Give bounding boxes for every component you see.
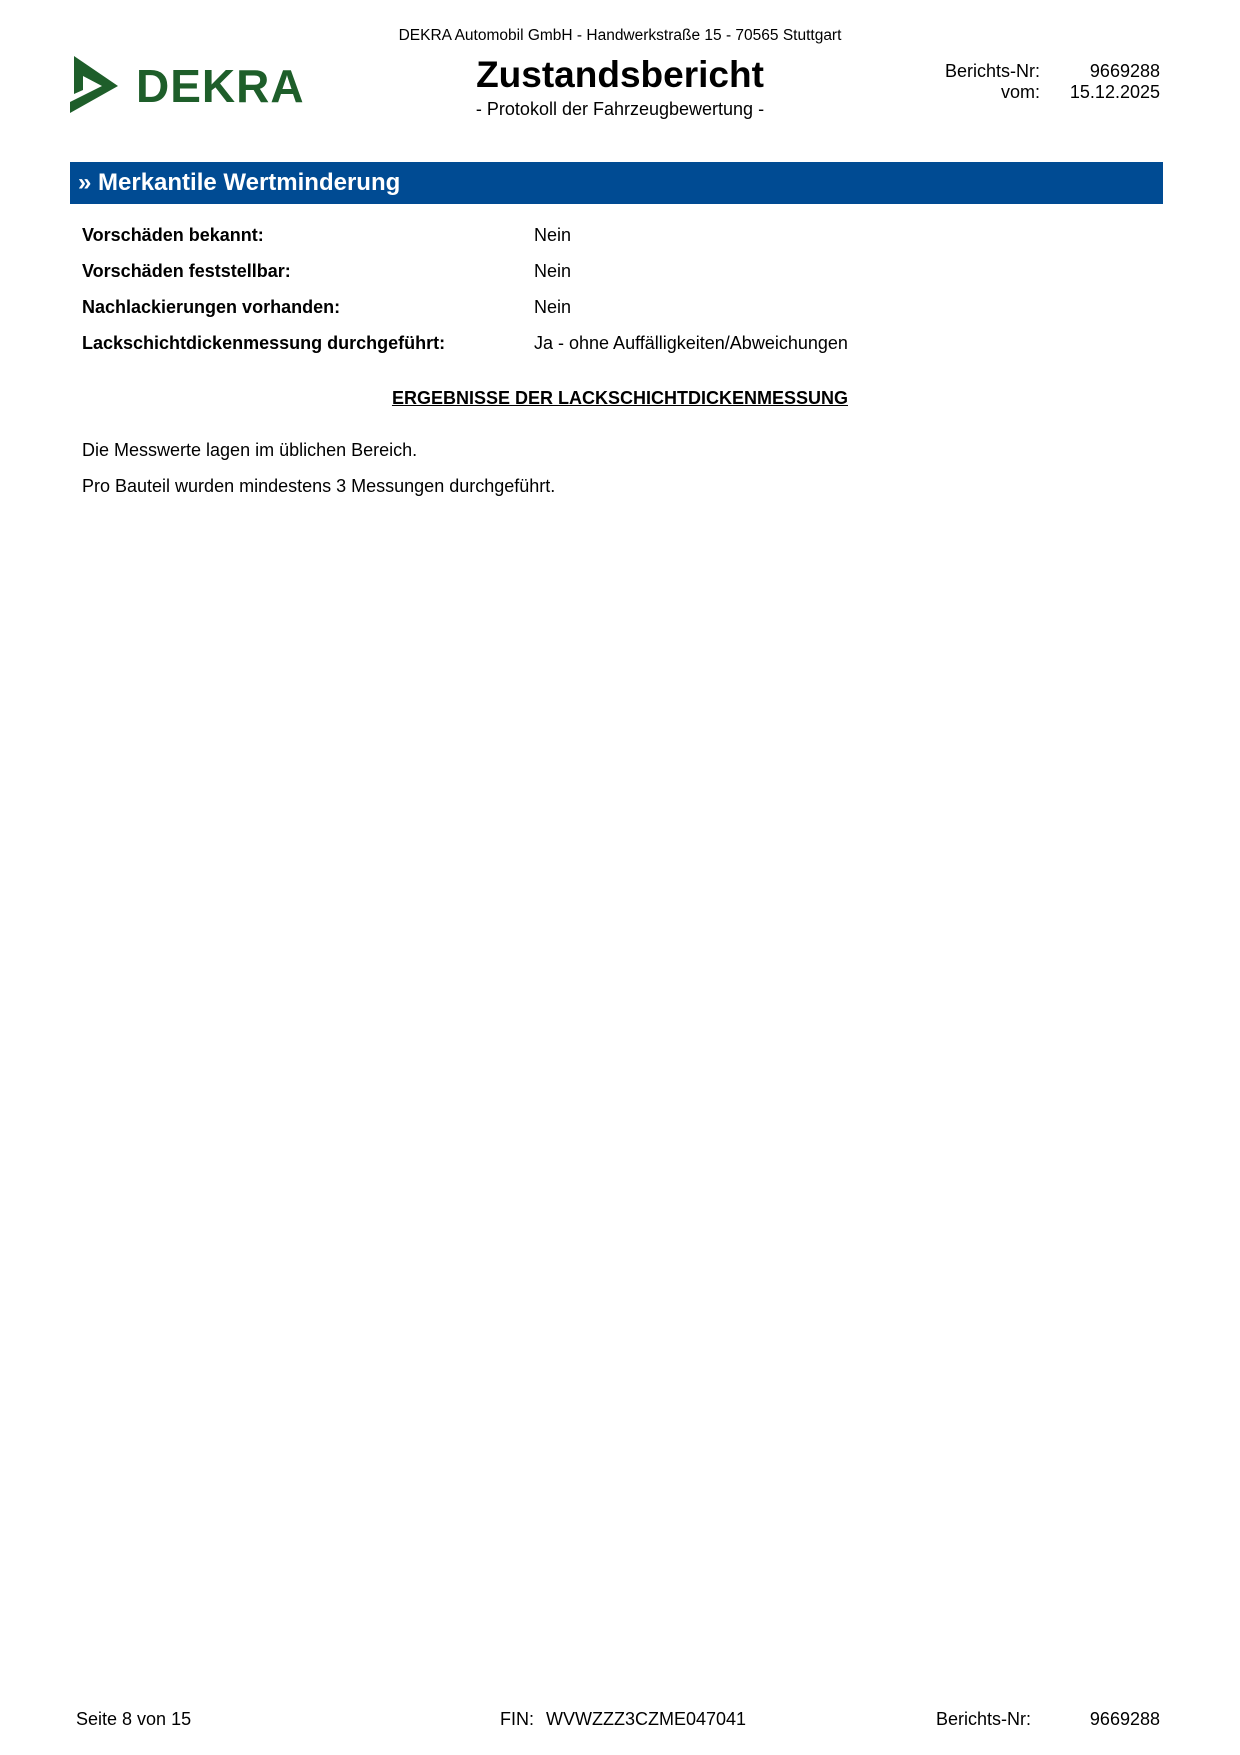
field-value: Ja - ohne Auffälligkeiten/Abweichungen xyxy=(534,332,1142,368)
field-row: Lackschichtdickenmessung durchgeführt: J… xyxy=(82,332,1142,368)
field-label: Nachlackierungen vorhanden: xyxy=(82,296,534,332)
results-heading-text: ERGEBNISSE DER LACKSCHICHTDICKENMESSUNG xyxy=(392,388,848,408)
field-value: Nein xyxy=(534,296,1142,332)
field-label: Vorschäden bekannt: xyxy=(82,224,534,260)
field-value: Nein xyxy=(534,260,1142,296)
report-date-label: vom: xyxy=(930,82,1040,103)
field-row: Nachlackierungen vorhanden: Nein xyxy=(82,296,1142,332)
field-list: Vorschäden bekannt: Nein Vorschäden fest… xyxy=(82,224,1142,368)
fin-value: WVWZZZ3CZME047041 xyxy=(546,1709,746,1729)
report-date: 15.12.2025 xyxy=(1040,82,1160,103)
results-paragraph: Die Messwerte lagen im üblichen Bereich. xyxy=(82,440,417,461)
section-header: » Merkantile Wertminderung xyxy=(70,162,1163,204)
footer-fin: FIN:WVWZZZ3CZME047041 xyxy=(500,1709,746,1730)
footer-report-number-value: 9669288 xyxy=(1036,1709,1160,1730)
field-label: Lackschichtdickenmessung durchgeführt: xyxy=(82,332,534,368)
report-date-row: vom: 15.12.2025 xyxy=(930,82,1160,103)
footer-report-number: Berichts-Nr: 9669288 xyxy=(936,1709,1160,1730)
field-label: Vorschäden feststellbar: xyxy=(82,260,534,296)
field-value: Nein xyxy=(534,224,1142,260)
report-meta: Berichts-Nr: 9669288 vom: 15.12.2025 xyxy=(930,61,1160,103)
field-row: Vorschäden feststellbar: Nein xyxy=(82,260,1142,296)
fin-label: FIN: xyxy=(500,1709,534,1729)
results-heading: ERGEBNISSE DER LACKSCHICHTDICKENMESSUNG xyxy=(0,388,1240,409)
field-row: Vorschäden bekannt: Nein xyxy=(82,224,1142,260)
results-paragraph: Pro Bauteil wurden mindestens 3 Messunge… xyxy=(82,476,555,497)
company-address: DEKRA Automobil GmbH - Handwerkstraße 15… xyxy=(0,27,1240,45)
report-number: 9669288 xyxy=(1040,61,1160,82)
footer-report-number-label: Berichts-Nr: xyxy=(936,1709,1036,1730)
report-number-row: Berichts-Nr: 9669288 xyxy=(930,61,1160,82)
report-number-label: Berichts-Nr: xyxy=(930,61,1040,82)
page-number: Seite 8 von 15 xyxy=(76,1709,191,1730)
